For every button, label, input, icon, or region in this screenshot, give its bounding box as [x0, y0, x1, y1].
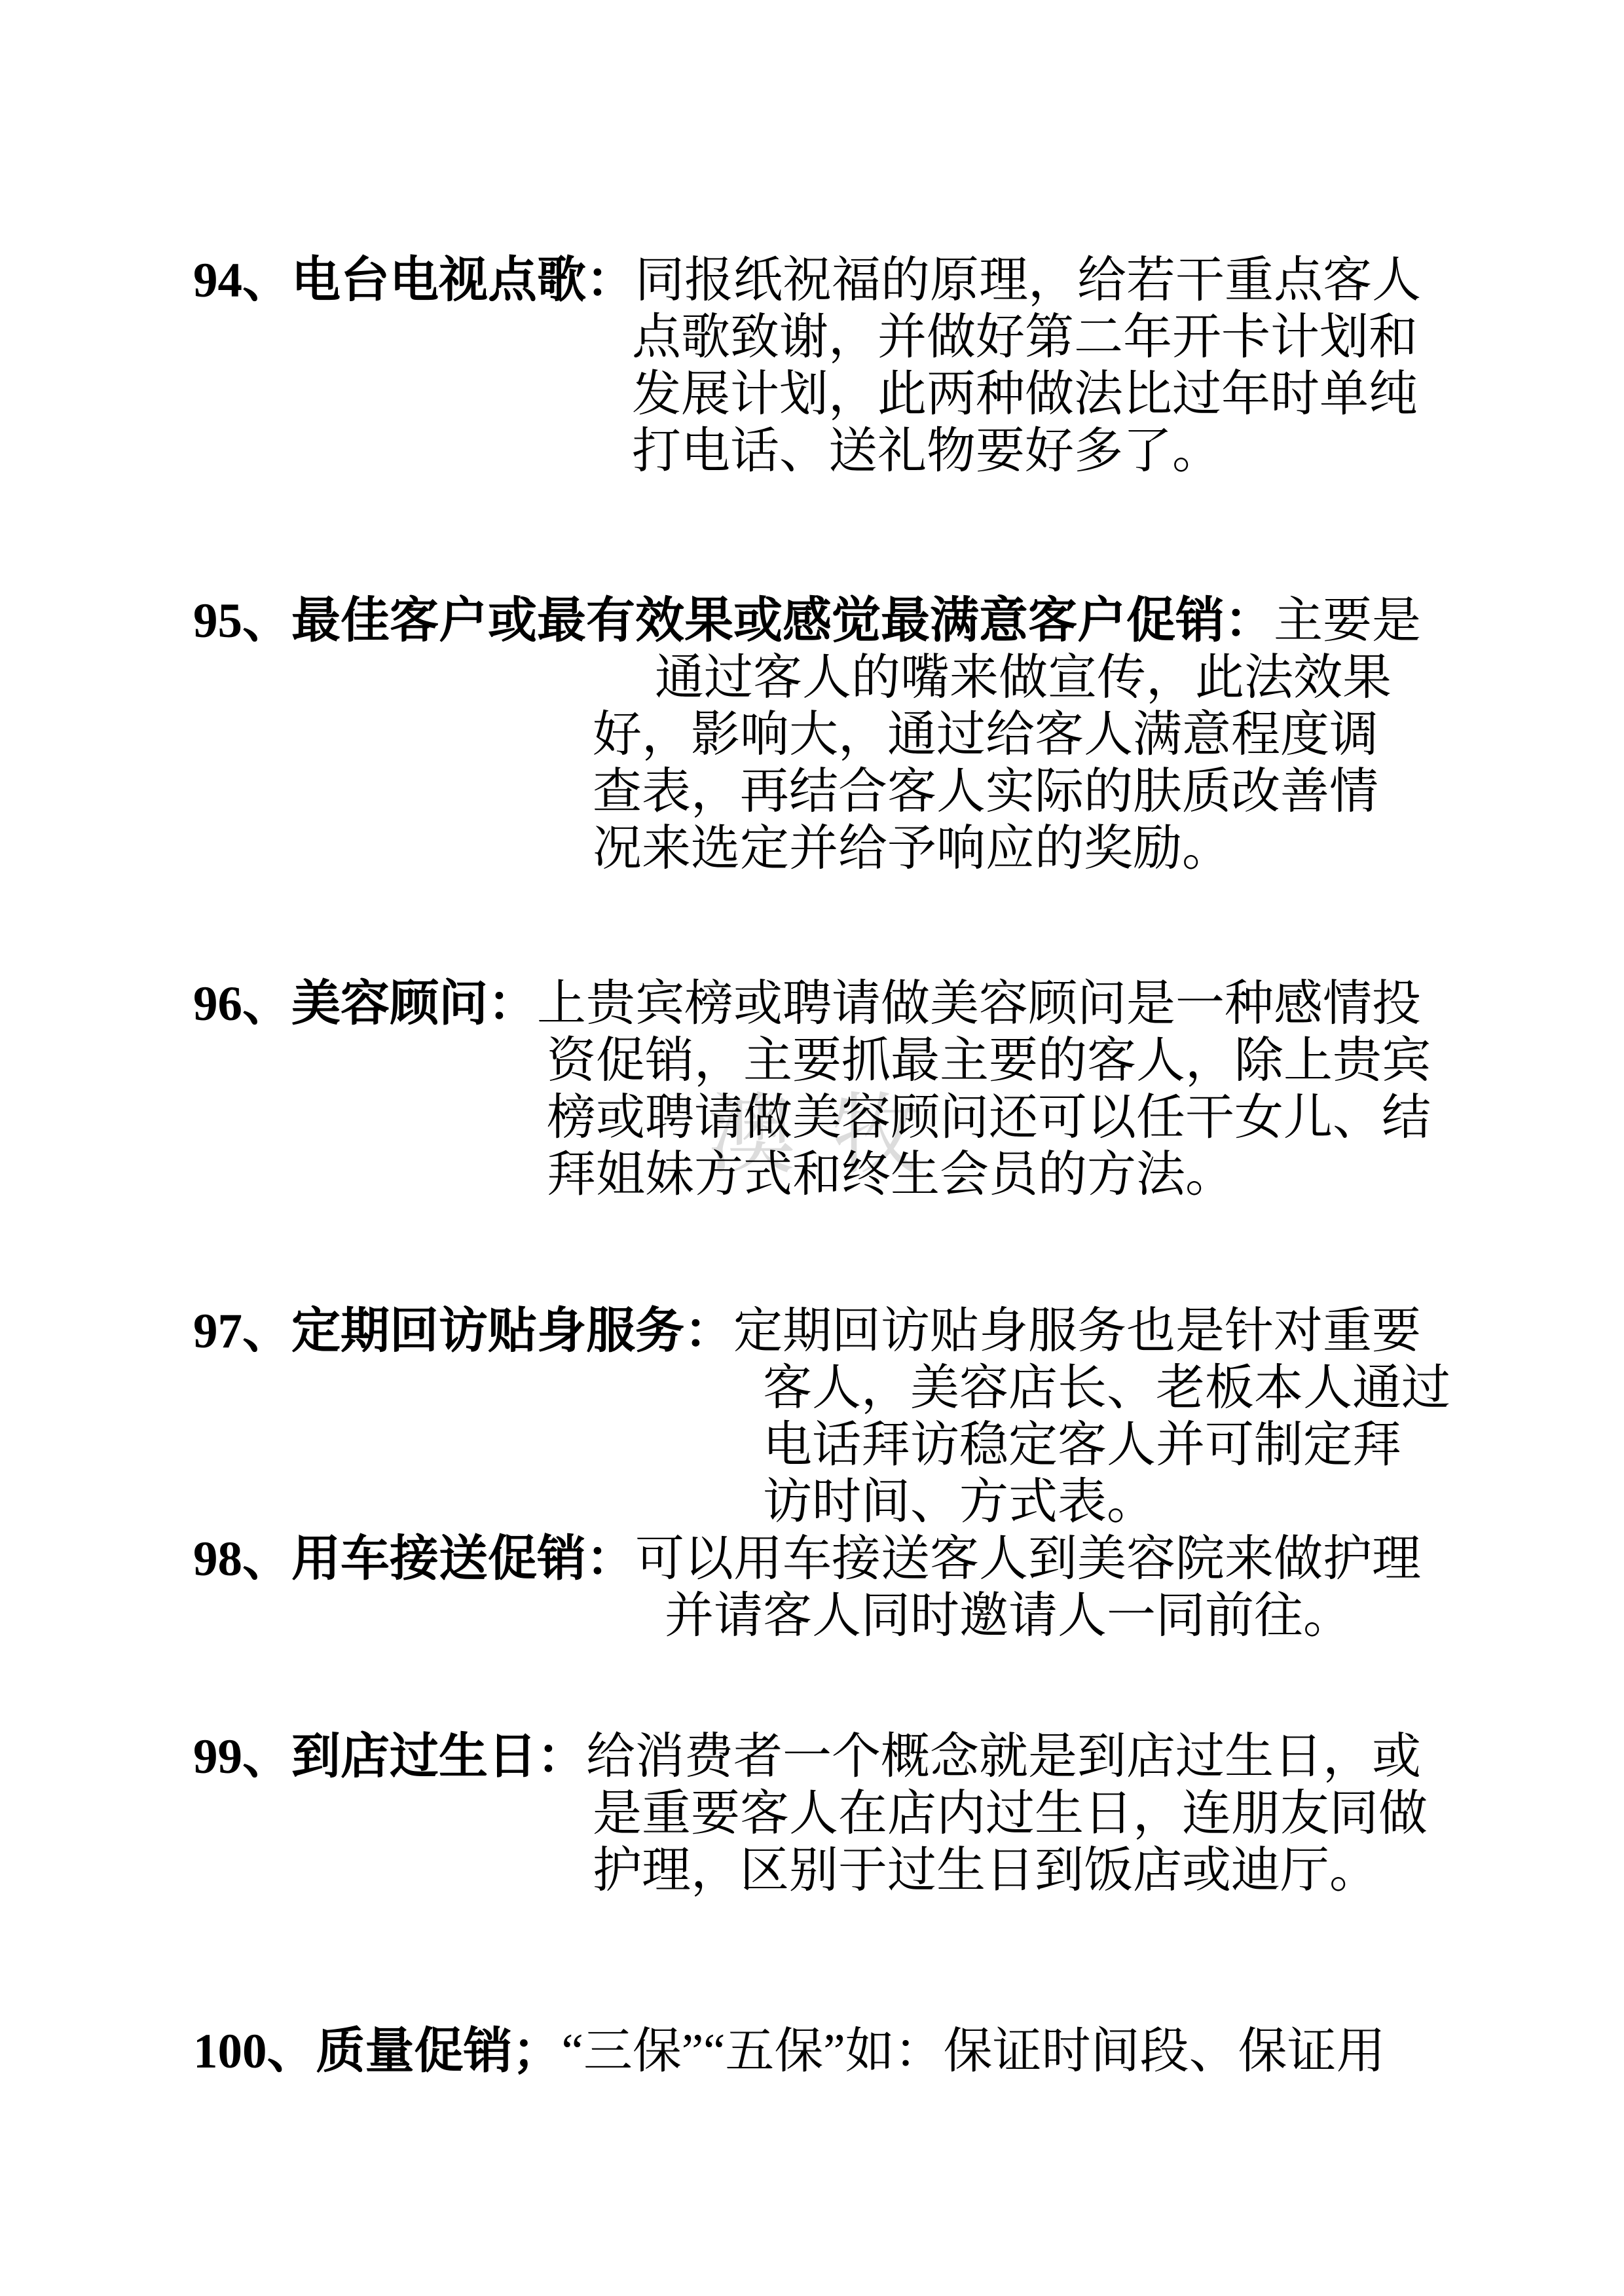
item-body-line: 护理，区别于过生日到饭店或迪厅。	[593, 1842, 1503, 1899]
item-body-line: 定期回访贴身服务也是针对重要	[733, 1304, 1421, 1358]
item-number: 100、	[193, 2024, 316, 2079]
list-item-95: 95、最佳客户或最有效果或感觉最满意客户促销：主要是 通过客人的嘴来做宣传，此法…	[193, 592, 1503, 877]
item-body-line: 查表，再结合客人实际的肤质改善情	[593, 763, 1503, 820]
item-term: 电台电视点歌：	[291, 253, 635, 308]
list-item-98: 98、用车接送促销：可以用车接送客人到美容院来做护理 并请客人同时邀请人一同前往…	[193, 1531, 1503, 1645]
item-number: 97、	[193, 1304, 291, 1358]
item-term: 质量促销；	[316, 2024, 562, 2079]
item-number: 99、	[193, 1730, 291, 1784]
item-body-line: 并请客人同时邀请人一同前往。	[665, 1588, 1503, 1645]
item-number: 96、	[193, 977, 291, 1031]
item-first-line: 94、电台电视点歌：同报纸祝福的原理，给若干重点客人	[193, 252, 1503, 309]
item-body-line: 资促销，主要抓最主要的客人，除上贵宾	[547, 1032, 1503, 1089]
item-number: 98、	[193, 1532, 291, 1586]
document-page: 澳牧 94、电台电视点歌：同报纸祝福的原理，给若干重点客人 点歌致谢，并做好第二…	[0, 0, 1624, 2296]
item-first-line: 98、用车接送促销：可以用车接送客人到美容院来做护理	[193, 1531, 1503, 1588]
list-item-97: 97、定期回访贴身服务：定期回访贴身服务也是针对重要 客人，美容店长、老板本人通…	[193, 1303, 1503, 1531]
list-item-100: 100、质量促销；“三保”“五保”如：保证时间段、保证用	[193, 2023, 1503, 2080]
item-first-line: 96、美容顾问：上贵宾榜或聘请做美容顾问是一种感情投	[193, 975, 1503, 1032]
item-term: 最佳客户或最有效果或感觉最满意客户促销：	[291, 594, 1274, 648]
item-body-line: “三保”“五保”如：保证时间段、保证用	[562, 2024, 1386, 2079]
item-body-line: 通过客人的嘴来做宣传，此法效果	[655, 649, 1503, 706]
item-body-line: 榜或聘请做美容顾问还可以任干女儿、结	[547, 1089, 1503, 1146]
item-term: 用车接送促销：	[291, 1532, 635, 1586]
item-body-line: 况来选定并给予响应的奖励。	[593, 820, 1503, 877]
item-body-line: 给消费者一个概念就是到店过生日，或	[586, 1730, 1421, 1784]
item-body-line: 发展计划，此两种做法比过年时单纯	[632, 366, 1503, 423]
item-body-line: 同报纸祝福的原理，给若干重点客人	[635, 253, 1421, 308]
item-body-line: 可以用车接送客人到美容院来做护理	[635, 1532, 1421, 1586]
item-body-line: 主要是	[1274, 594, 1421, 648]
item-body-line: 访时间、方式表。	[763, 1474, 1503, 1531]
list-item-96: 96、美容顾问：上贵宾榜或聘请做美容顾问是一种感情投 资促销，主要抓最主要的客人…	[193, 975, 1503, 1203]
item-body-line: 好，影响大，通过给客人满意程度调	[593, 706, 1503, 763]
item-first-line: 95、最佳客户或最有效果或感觉最满意客户促销：主要是	[193, 592, 1503, 649]
item-term: 到店过生日：	[291, 1730, 586, 1784]
item-first-line: 97、定期回访贴身服务：定期回访贴身服务也是针对重要	[193, 1303, 1503, 1360]
item-number: 95、	[193, 594, 291, 648]
list-item-99: 99、到店过生日：给消费者一个概念就是到店过生日，或 是重要客人在店内过生日，连…	[193, 1728, 1503, 1899]
item-first-line: 99、到店过生日：给消费者一个概念就是到店过生日，或	[193, 1728, 1503, 1785]
item-body-line: 电话拜访稳定客人并可制定拜	[763, 1417, 1503, 1474]
list-item-94: 94、电台电视点歌：同报纸祝福的原理，给若干重点客人 点歌致谢，并做好第二年开卡…	[193, 252, 1503, 480]
item-body-line: 点歌致谢，并做好第二年开卡计划和	[632, 309, 1503, 366]
item-body-line: 客人，美容店长、老板本人通过	[763, 1360, 1503, 1417]
item-first-line: 100、质量促销；“三保”“五保”如：保证时间段、保证用	[193, 2023, 1503, 2080]
item-body-line: 拜姐妹方式和终生会员的方法。	[547, 1146, 1503, 1203]
item-body-line: 上贵宾榜或聘请做美容顾问是一种感情投	[537, 977, 1421, 1031]
item-term: 美容顾问：	[291, 977, 537, 1031]
item-body-line: 是重要客人在店内过生日，连朋友同做	[593, 1785, 1503, 1842]
item-term: 定期回访贴身服务：	[291, 1304, 733, 1358]
item-number: 94、	[193, 253, 291, 308]
item-body-line: 打电话、送礼物要好多了。	[632, 423, 1503, 480]
